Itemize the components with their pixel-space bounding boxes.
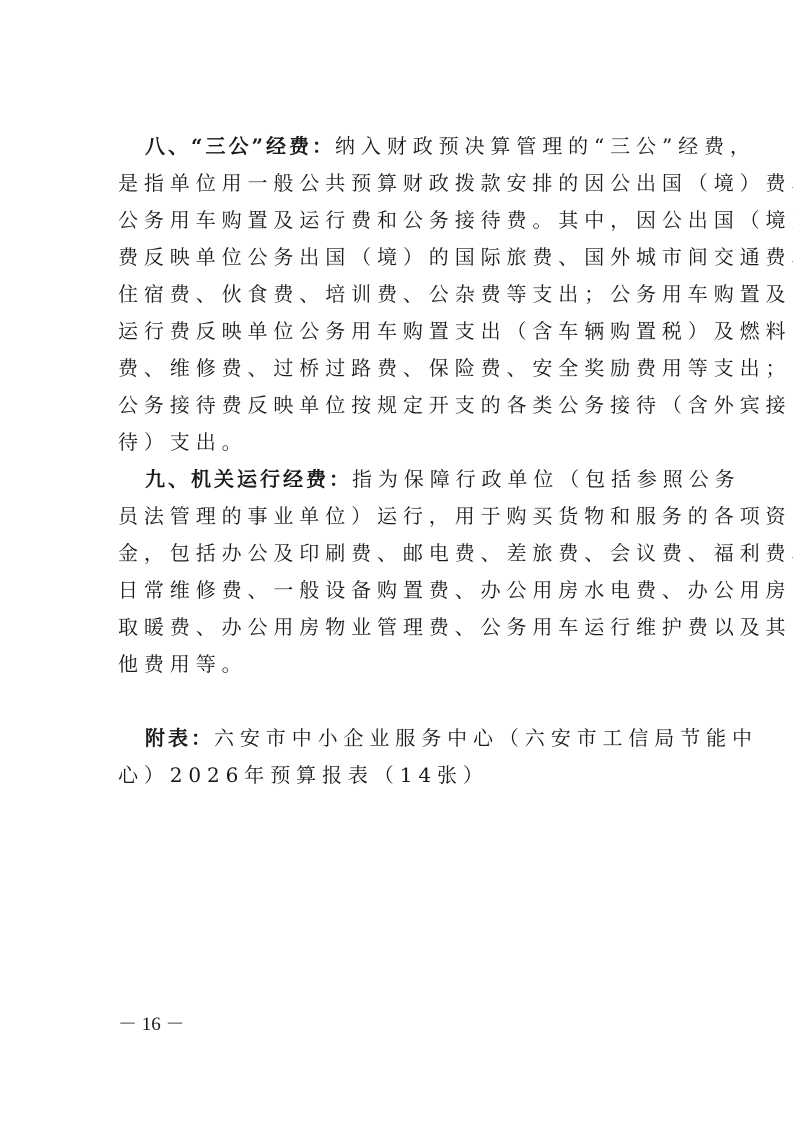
section-9-line-5: 取暖费、办公用房物业管理费、公务用车运行维护费以及其 <box>118 609 688 646</box>
section-8-line-2: 是指单位用一般公共预算财政拨款安排的因公出国（境）费、 <box>118 165 688 202</box>
attachment-heading: 附表： <box>145 726 214 750</box>
section-8-line-5: 住宿费、伙食费、培训费、公杂费等支出；公务用车购置及 <box>118 276 688 313</box>
section-9-line-3: 金，包括办公及印刷费、邮电费、差旅费、会议费、福利费、 <box>118 535 688 572</box>
section-8-line-6: 运行费反映单位公务用车购置支出（含车辆购置税）及燃料 <box>118 313 688 350</box>
section-8-line-8: 公务接待费反映单位按规定开支的各类公务接待（含外宾接 <box>118 387 688 424</box>
section-8-heading: 八、“三公”经费： <box>145 134 335 158</box>
section-8-line-4: 费反映单位公务出国（境）的国际旅费、国外城市间交通费、 <box>118 239 688 276</box>
section-9-line-6: 他费用等。 <box>118 646 688 683</box>
section-9-line-4: 日常维修费、一般设备购置费、办公用房水电费、办公用房 <box>118 572 688 609</box>
section-8-text: 纳入财政预决算管理的“三公”经费， <box>335 134 756 158</box>
section-9-line-2: 员法管理的事业单位）运行，用于购买货物和服务的各项资 <box>118 498 688 535</box>
section-9-text: 指为保障行政单位（包括参照公务 <box>352 467 741 491</box>
attachment-line-1: 附表：六安市中小企业服务中心（六安市工信局节能中 <box>145 720 715 757</box>
section-8-line-3: 公务用车购置及运行费和公务接待费。其中，因公出国（境） <box>118 202 688 239</box>
section-9-line-1: 九、机关运行经费：指为保障行政单位（包括参照公务 <box>145 461 715 498</box>
attachment-line-2: 心）2026年预算报表（14张） <box>118 757 688 794</box>
section-8-line-7: 费、维修费、过桥过路费、保险费、安全奖励费用等支出； <box>118 350 688 387</box>
document-page: 八、“三公”经费：纳入财政预决算管理的“三公”经费， 是指单位用一般公共预算财政… <box>0 0 793 1122</box>
section-9-heading: 九、机关运行经费： <box>145 467 352 491</box>
section-8-line-1: 八、“三公”经费：纳入财政预决算管理的“三公”经费， <box>145 128 715 165</box>
page-number: － 16 － <box>118 1010 185 1040</box>
attachment-text: 六安市中小企业服务中心（六安市工信局节能中 <box>214 726 758 750</box>
section-8-line-9: 待）支出。 <box>118 424 688 461</box>
